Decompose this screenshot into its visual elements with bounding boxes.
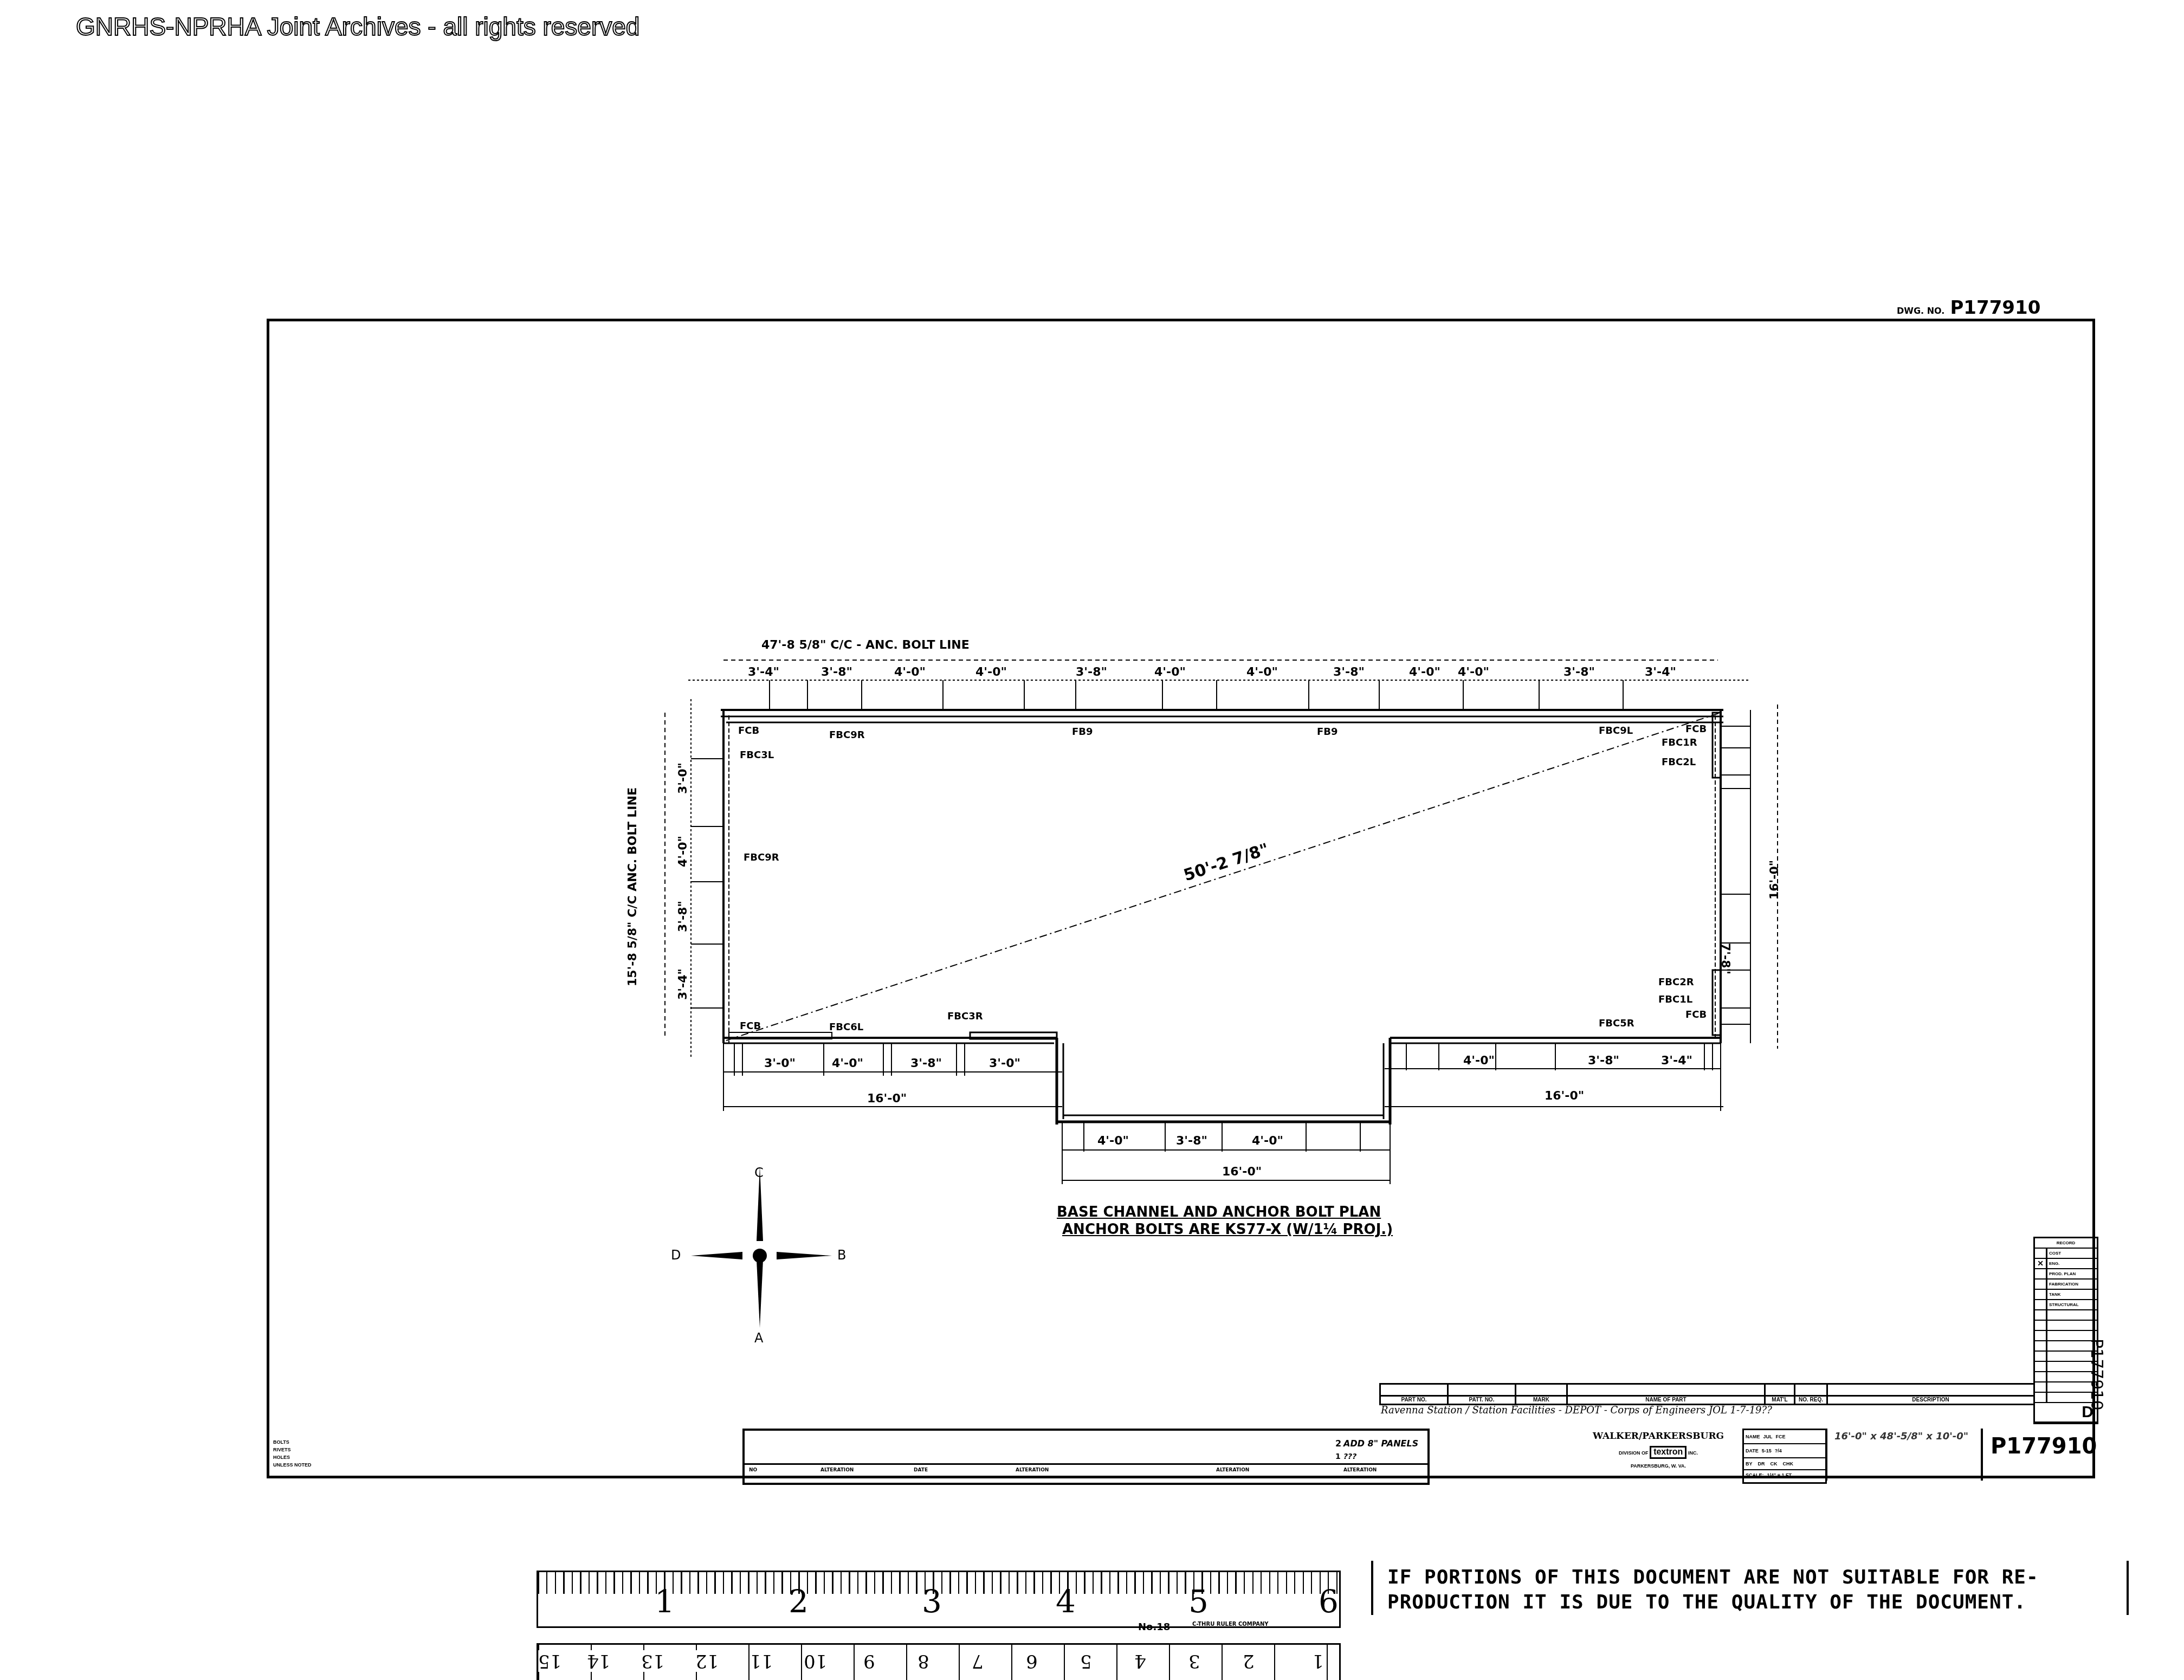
company-inc: INC.: [1688, 1450, 1698, 1456]
part-label: FBC6L: [829, 1022, 863, 1033]
bottom-right-dim: 4'-0": [1463, 1054, 1495, 1068]
top-dim: 4'-0": [1246, 665, 1278, 679]
alt-header-no: NO: [749, 1468, 757, 1473]
alt-header-date: DATE: [914, 1468, 928, 1473]
side-drawing-number: P177910: [2087, 1339, 2106, 1411]
ruler-cm-1: 1: [1312, 1650, 1324, 1672]
ruler-cm-5: 5: [1080, 1650, 1092, 1672]
reproduction-notice: IF PORTIONS OF THIS DOCUMENT ARE NOT SUI…: [1387, 1565, 2114, 1615]
ruler-cm-7: 7: [972, 1650, 984, 1672]
bottom-right-dim: 3'-4": [1661, 1054, 1692, 1068]
signoff-cell: 5-15: [1762, 1448, 1772, 1453]
ruler-cm-8: 8: [917, 1650, 929, 1672]
project-description: Ravenna Station / Station Facilities - D…: [1381, 1405, 1772, 1416]
overall-top-dimension: 47'-8 5/8" C/C - ANC. BOLT LINE: [761, 638, 970, 652]
ruler-inch-6: 6: [1319, 1583, 1339, 1620]
record-checkbox: [2035, 1269, 2047, 1278]
part-label: FCB: [740, 1020, 761, 1032]
ruler-inch-5: 5: [1188, 1583, 1209, 1620]
compass-west-label: D: [671, 1248, 681, 1263]
signoff-by-label: BY: [1746, 1461, 1753, 1466]
title-dwg-number-box: P177910: [1981, 1429, 2094, 1481]
left-dim: 3'-8": [676, 901, 690, 932]
record-item-eng: ✕ENG.: [2035, 1259, 2097, 1269]
col-no-req: NO. REQ.: [1795, 1396, 1827, 1405]
ruler-inch-3: 3: [922, 1583, 942, 1620]
textron-logo: textron: [1650, 1446, 1687, 1459]
note-rivets: RIVETS: [273, 1446, 312, 1453]
company-block: WALKER/PARKERSBURG DIVISION OF textron I…: [1577, 1431, 1740, 1469]
col-mark: MARK: [1516, 1396, 1567, 1405]
record-checkbox: [2035, 1249, 2047, 1258]
part-label: FBC5R: [1599, 1018, 1634, 1029]
alt-header-alteration: ALTERATION: [820, 1468, 854, 1473]
signoff-cell: DR: [1758, 1461, 1765, 1466]
record-checkbox-checked: ✕: [2035, 1259, 2047, 1268]
compass-rose: [691, 1166, 832, 1328]
ruler-cm-2: 2: [1243, 1650, 1255, 1672]
bottom-right-total: 16'-0": [1545, 1089, 1584, 1103]
signoff-cell: FCE: [1776, 1434, 1786, 1439]
part-label: FBC2R: [1658, 977, 1694, 988]
col-part-no: PART NO.: [1380, 1396, 1448, 1405]
top-dim: 3'-4": [1645, 665, 1676, 679]
company-city: PARKERSBURG, W. VA.: [1577, 1463, 1740, 1469]
company-name: WALKER/PARKERSBURG: [1577, 1431, 1740, 1442]
part-label: FCB: [1685, 723, 1707, 735]
ruler-inch-4: 4: [1056, 1583, 1076, 1620]
top-dim: 4'-0": [1458, 665, 1489, 679]
part-label: FBC3R: [947, 1011, 983, 1022]
top-dim: 3'-8": [821, 665, 852, 679]
left-dim: 3'-4": [676, 968, 690, 1000]
bottom-left-dim: 4'-0": [832, 1057, 863, 1070]
alteration-row-1-text: ???: [1343, 1452, 1356, 1461]
top-dim: 4'-0": [1409, 665, 1440, 679]
bottom-left-dim: 3'-8": [910, 1057, 942, 1070]
alteration-table: NO ALTERATION DATE ALTERATION ALTERATION…: [742, 1429, 1430, 1485]
general-notes: BOLTS RIVETS HOLES UNLESS NOTED: [273, 1438, 312, 1469]
compass-south-label: A: [754, 1330, 763, 1346]
signoff-grid: NAME JUL FCE DATE 5-15 ?/4 BY DR CK CHK …: [1742, 1429, 1827, 1484]
ruler-cm-15: 15: [538, 1650, 561, 1672]
plan-title: BASE CHANNEL AND ANCHOR BOLT PLAN: [1057, 1204, 1381, 1220]
ruler-cm-13: 13: [641, 1650, 664, 1672]
top-dim: 3'-8": [1076, 665, 1107, 679]
ruler-model: No.18: [1138, 1621, 1170, 1633]
part-label: FBC1L: [1658, 994, 1692, 1005]
record-label: TANK: [2049, 1292, 2061, 1297]
record-checkbox: [2035, 1280, 2047, 1289]
part-label: FBC9R: [744, 852, 779, 863]
alteration-row-2-no: 2: [1335, 1438, 1341, 1449]
ruler-cm-4: 4: [1134, 1650, 1146, 1672]
record-item-cost: COST: [2035, 1249, 2097, 1259]
title-dwg-number: P177910: [1991, 1434, 2097, 1459]
ruler-inch-1: 1: [655, 1583, 675, 1620]
bottom-left-total: 16'-0": [867, 1092, 907, 1106]
alt-header-alteration: ALTERATION: [1216, 1468, 1249, 1473]
alcove-dim: 4'-0": [1252, 1134, 1283, 1148]
left-dim: 4'-0": [676, 836, 690, 867]
top-dim: 3'-4": [748, 665, 779, 679]
top-dim: 4'-0": [894, 665, 926, 679]
cm-ruler: 1 2 3 4 5 6 7 8 9 10 11 12 13 14 15: [537, 1643, 1341, 1680]
part-label: FBC3L: [740, 749, 774, 761]
alt-header-alteration: ALTERATION: [1016, 1468, 1049, 1473]
compass-east-label: B: [837, 1248, 846, 1263]
part-label: FBC9R: [829, 729, 865, 741]
part-label: FB9: [1317, 726, 1338, 738]
overall-left-dimension: 15'-8 5/8" C/C ANC. BOLT LINE: [626, 787, 639, 986]
col-patt-no: PATT. NO.: [1448, 1396, 1516, 1405]
scale-value: 1/4" = 1 FT.: [1767, 1472, 1793, 1478]
record-label: ENG.: [2049, 1261, 2060, 1266]
note-bolts: BOLTS: [273, 1438, 312, 1446]
part-label: FBC9L: [1599, 725, 1633, 736]
overall-right-dimension: 16'-0": [1768, 860, 1781, 900]
record-checkbox: [2035, 1290, 2047, 1299]
ruler-cm-3: 3: [1188, 1650, 1200, 1672]
alcove-dim: 3'-8": [1176, 1134, 1207, 1148]
record-item-tank: TANK: [2035, 1290, 2097, 1300]
alcove-total: 16'-0": [1222, 1165, 1262, 1179]
ruler-cm-11: 11: [749, 1650, 773, 1672]
signoff-name-label: NAME: [1746, 1434, 1760, 1439]
top-dim: 4'-0": [1154, 665, 1186, 679]
note-unless-noted: UNLESS NOTED: [273, 1461, 312, 1469]
bottom-left-dim: 3'-0": [989, 1057, 1020, 1070]
floor-plan-drawing: [0, 0, 2184, 1680]
plan-subtitle: ANCHOR BOLTS ARE KS77-X (W/1¼ PROJ.): [1062, 1222, 1393, 1238]
record-item-fabrication: FABRICATION: [2035, 1280, 2097, 1290]
part-label: FCB: [1685, 1009, 1707, 1020]
company-division: DIVISION OF: [1619, 1450, 1649, 1456]
inch-ruler: 1 2 3 4 5 6: [537, 1571, 1341, 1628]
top-dim: 3'-8": [1563, 665, 1595, 679]
ruler-cm-12: 12: [695, 1650, 719, 1672]
col-name-of-part: NAME OF PART: [1567, 1396, 1765, 1405]
ruler-cm-14: 14: [587, 1650, 610, 1672]
ruler-cm-9: 9: [863, 1650, 875, 1672]
record-item-structural: STRUCTURAL: [2035, 1300, 2097, 1310]
bottom-right-dim: 3'-8": [1588, 1054, 1619, 1068]
note-holes: HOLES: [273, 1453, 312, 1461]
record-label: COST: [2049, 1251, 2061, 1256]
bottom-left-dim: 3'-0": [764, 1057, 796, 1070]
record-label: STRUCTURAL: [2049, 1302, 2079, 1307]
part-label: FB9: [1072, 726, 1093, 738]
alt-header-alteration: ALTERATION: [1343, 1468, 1377, 1473]
left-dim: 3'-0": [676, 763, 690, 794]
alteration-row-2-text: ADD 8" PANELS: [1343, 1438, 1418, 1449]
ruler-cm-10: 10: [804, 1650, 827, 1672]
top-dim: 3'-8": [1333, 665, 1365, 679]
right-dim: 7'-8": [1718, 943, 1732, 974]
part-label: FCB: [738, 725, 759, 736]
part-label: FBC2L: [1662, 757, 1696, 768]
scale-label: SCALE:: [1746, 1472, 1764, 1478]
record-checkbox: [2035, 1300, 2047, 1309]
alteration-row-1-no: 1: [1335, 1452, 1341, 1461]
col-material: MAT'L: [1765, 1396, 1795, 1405]
signoff-date-label: DATE: [1746, 1448, 1759, 1453]
parts-table: PART NO. PATT. NO. MARK NAME OF PART MAT…: [1379, 1383, 2035, 1405]
top-dim: 4'-0": [975, 665, 1007, 679]
signoff-cell: CK: [1771, 1461, 1778, 1466]
signoff-cell: ?/4: [1775, 1448, 1782, 1453]
record-item-prod-plan: PROD. PLAN: [2035, 1269, 2097, 1280]
signoff-cell: JUL: [1763, 1434, 1773, 1439]
record-label: PROD. PLAN: [2049, 1271, 2076, 1276]
record-title: RECORD: [2035, 1238, 2097, 1249]
size-description: 16'-0" x 48'-5/8" x 10'-0": [1834, 1431, 1968, 1442]
ruler-maker: C-THRU RULER COMPANY: [1192, 1621, 1269, 1627]
ruler-cm-6: 6: [1026, 1650, 1038, 1672]
part-label: FBC1R: [1662, 737, 1697, 748]
alcove-dim: 4'-0": [1097, 1134, 1129, 1148]
signoff-cell: CHK: [1783, 1461, 1794, 1466]
compass-north-label: C: [754, 1165, 764, 1180]
col-description: DESCRIPTION: [1827, 1396, 2034, 1405]
record-label: FABRICATION: [2049, 1282, 2078, 1287]
ruler-inch-2: 2: [789, 1583, 809, 1620]
